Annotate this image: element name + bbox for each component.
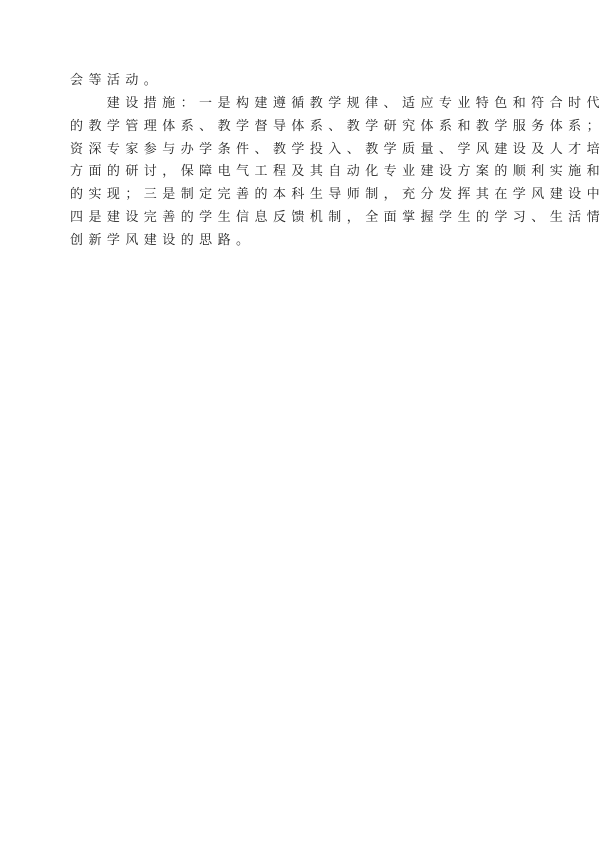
- paragraph-line: 四是建设完善的学生信息反馈机制，全面掌握学生的学习、生活情况；五是: [70, 207, 532, 230]
- paragraph-line: 资深专家参与办学条件、教学投入、教学质量、学风建设及人才培养质量等: [70, 139, 532, 162]
- paragraph-continuation-line: 会等活动。: [70, 70, 532, 93]
- document-page: 会等活动。 建设措施：一是构建遵循教学规律、适应专业特色和符合时代特征要求 的教…: [0, 0, 600, 848]
- paragraph-line: 的实现；三是制定完善的本科生导师制，充分发挥其在学风建设中的作用；: [70, 184, 532, 207]
- body-text: 会等活动。 建设措施：一是构建遵循教学规律、适应专业特色和符合时代特征要求 的教…: [70, 70, 532, 253]
- paragraph-line: 方面的研讨，保障电气工程及其自动化专业建设方案的顺利实施和预期目标: [70, 161, 532, 184]
- paragraph-last-line: 创新学风建设的思路。: [70, 230, 532, 253]
- paragraph-first-line: 建设措施：一是构建遵循教学规律、适应专业特色和符合时代特征要求: [70, 93, 532, 116]
- paragraph-line: 的教学管理体系、教学督导体系、教学研究体系和教学服务体系；二是聘请: [70, 116, 532, 139]
